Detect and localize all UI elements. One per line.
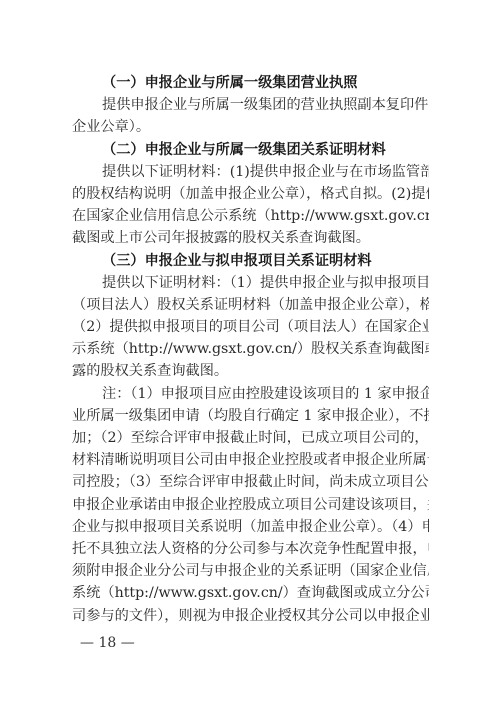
text-line: 企业公章）。 (72, 116, 429, 138)
document-page: （一）申报企业与所属一级集团营业执照提供申报企业与所属一级集团的营业执照副本复印… (72, 72, 429, 627)
text-line: 截图或上市公司年报披露的股权关系查询截图。 (72, 227, 429, 249)
text-line: 业所属一级集团申请（均股自行确定 1 家申报企业），不接受联合体参 (72, 405, 429, 427)
text-line: 在国家企业信用信息公示系统（http://www.gsxt.gov.cn/）股权… (72, 205, 429, 227)
text-line: 须附申报企业分公司与申报企业的关系证明（国家企业信用信息公示 (72, 560, 429, 582)
text-line: 申报企业承诺由申报企业控股成立项目公司建设该项目，并提供申报 (72, 494, 429, 516)
text-line: 提供申报企业与所属一级集团的营业执照副本复印件（加盖申报 (72, 94, 429, 116)
text-line: 注：（1）申报项目应由控股建设该项目的 1 家申报企业或申报企 (72, 383, 429, 405)
text-line: 提供以下证明材料：(1)提供申报企业与在市场监管部门注册一致 (72, 161, 429, 183)
text-line: 司参与的文件），则视为申报企业授权其分公司以申报企业的名义参与 (72, 605, 429, 627)
text-line: 托不具独立法人资格的分公司参与本次竞争性配置申报，申报材料中 (72, 538, 429, 560)
text-line: 加；（2）至综合评审申报截止时间，已成立项目公司的，需提供证明 (72, 427, 429, 449)
section-heading: （二）申报企业与所属一级集团关系证明材料 (72, 139, 429, 161)
text-line: 示系统（http://www.gsxt.gov.cn/）股权关系查询截图或上市公… (72, 338, 429, 360)
text-line: 企业与拟申报项目关系说明（加盖申报企业公章）。（4）申报企业可委 (72, 516, 429, 538)
text-line: 司控股；（3）至综合评审申报截止时间，尚未成立项目公司的，需由 (72, 471, 429, 493)
section-heading: （三）申报企业与拟申报项目关系证明材料 (72, 250, 429, 272)
text-line: 的股权结构说明（加盖申报企业公章），格式自拟。(2)提供申报企业 (72, 183, 429, 205)
text-line: 露的股权关系查询截图。 (72, 360, 429, 382)
text-line: 提供以下证明材料：（1）提供申报企业与拟申报项目的项目公司 (72, 272, 429, 294)
section-heading: （一）申报企业与所属一级集团营业执照 (72, 72, 429, 94)
text-line: （项目法人）股权关系证明材料（加盖申报企业公章），格式自拟。 (72, 294, 429, 316)
page-number: — 18 — (80, 635, 135, 651)
text-line: 系统（http://www.gsxt.gov.cn/）查询截图或成立分公司决策或… (72, 582, 429, 604)
text-line: 材料清晰说明项目公司由申报企业控股或者申报企业所属一级集团公 (72, 449, 429, 471)
text-line: （2）提供拟申报项目的项目公司（项目法人）在国家企业信用信息公 (72, 316, 429, 338)
